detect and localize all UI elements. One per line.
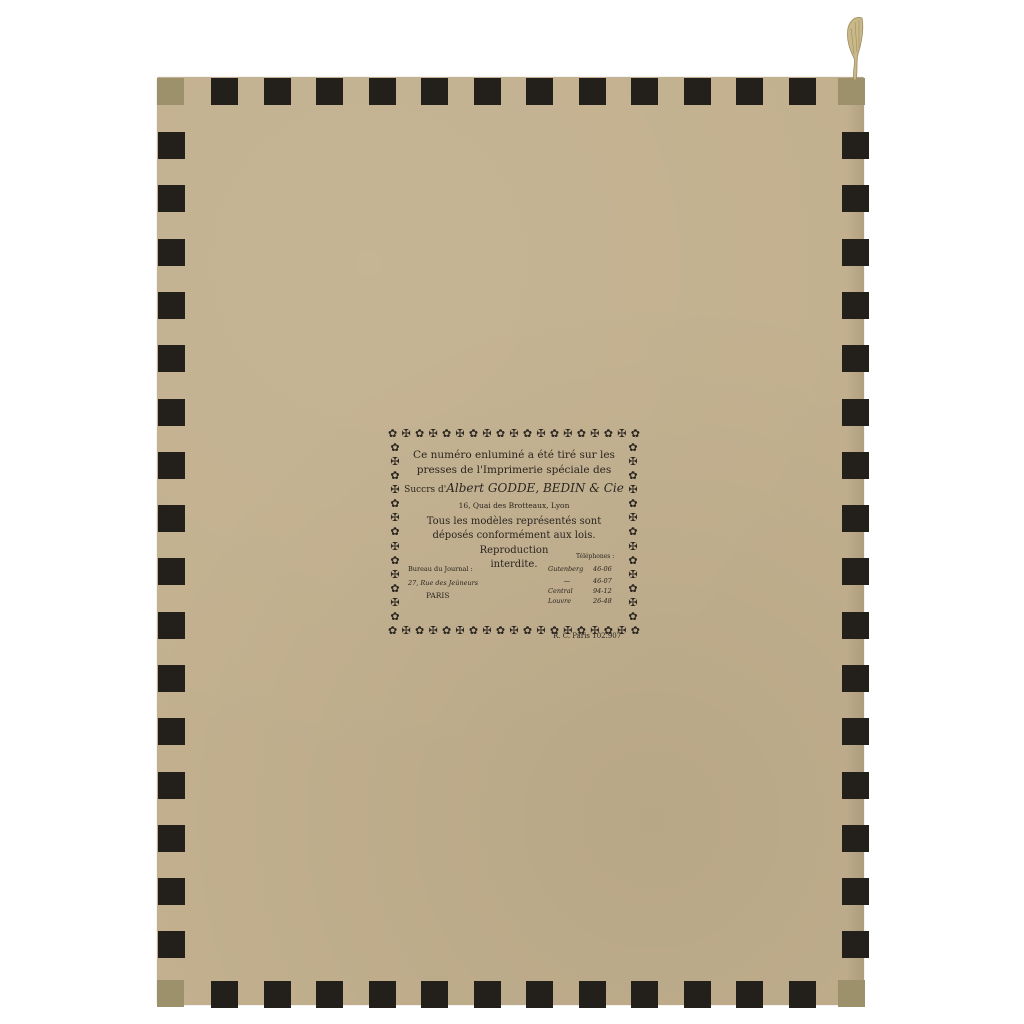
border-square xyxy=(842,452,869,479)
border-square xyxy=(736,981,763,1008)
ornament-icon: ✿ xyxy=(496,427,505,441)
phone-exchange: — xyxy=(548,577,586,585)
border-square xyxy=(838,980,865,1007)
ornament-icon: ✿ xyxy=(604,427,613,441)
ornament-icon: ✠ xyxy=(536,624,545,638)
border-square xyxy=(316,981,343,1008)
rights-line-2: déposés conformément aux lois. xyxy=(388,530,640,541)
ornament-icon: ✠ xyxy=(563,427,572,441)
registry-number: R. C. Paris 102.907 xyxy=(553,632,621,640)
border-square xyxy=(316,78,343,105)
phone-number: 94-12 xyxy=(593,587,612,595)
border-square xyxy=(158,878,185,905)
ornament-icon: ✠ xyxy=(401,427,410,441)
border-square xyxy=(158,718,185,745)
printer-prefix: Succrs d' xyxy=(404,485,446,495)
border-square xyxy=(842,612,869,639)
border-square xyxy=(158,399,185,426)
tassel-icon xyxy=(842,14,866,80)
border-square xyxy=(157,980,184,1007)
border-square xyxy=(158,185,185,212)
phones-label: Téléphones : xyxy=(576,553,614,560)
border-square xyxy=(842,239,869,266)
border-square xyxy=(157,78,184,105)
border-square xyxy=(842,399,869,426)
border-square xyxy=(211,981,238,1008)
phone-exchange: Gutenberg xyxy=(548,565,586,573)
border-square xyxy=(158,292,185,319)
border-square xyxy=(789,78,816,105)
border-square xyxy=(264,78,291,105)
ornament-icon: ✠ xyxy=(388,596,402,610)
ornament-icon: ✿ xyxy=(469,624,478,638)
border-square xyxy=(158,931,185,958)
ornament-border-top: ✿✠✿✠✿✠✿✠✿✠✿✠✿✠✿✠✿✠✿ xyxy=(388,427,640,441)
border-square xyxy=(421,78,448,105)
border-square xyxy=(842,132,869,159)
ornament-icon: ✿ xyxy=(523,427,532,441)
border-square xyxy=(631,981,658,1008)
border-square xyxy=(684,78,711,105)
border-square xyxy=(158,505,185,532)
colophon-line-2: presses de l'Imprimerie spéciale des xyxy=(388,464,640,476)
border-square xyxy=(842,931,869,958)
border-square xyxy=(736,78,763,105)
ornament-icon: ✠ xyxy=(536,427,545,441)
ornament-icon: ✿ xyxy=(388,610,402,624)
ornament-icon: ✠ xyxy=(428,624,437,638)
border-square xyxy=(158,345,185,372)
border-square xyxy=(158,132,185,159)
border-square xyxy=(684,981,711,1008)
border-square xyxy=(369,78,396,105)
ornament-icon: ✿ xyxy=(550,427,559,441)
phone-exchange: Louvre xyxy=(548,597,586,605)
border-square xyxy=(158,558,185,585)
border-square xyxy=(579,78,606,105)
ornament-icon: ✠ xyxy=(626,596,640,610)
ornament-icon: ✿ xyxy=(415,624,424,638)
ornament-icon: ✠ xyxy=(482,624,491,638)
border-square xyxy=(842,718,869,745)
phone-exchange: Central xyxy=(548,587,586,595)
printer-line: Succrs d'Albert GODDE, BEDIN & Cie xyxy=(388,481,640,495)
border-square xyxy=(158,452,185,479)
border-square xyxy=(474,981,501,1008)
office-city: PARIS xyxy=(426,591,450,600)
rights-line-1: Tous les modèles représentés sont xyxy=(388,516,640,527)
ornament-icon: ✠ xyxy=(509,427,518,441)
ornament-icon: ✿ xyxy=(577,427,586,441)
border-square xyxy=(474,78,501,105)
border-square xyxy=(158,772,185,799)
ornament-icon: ✠ xyxy=(617,427,626,441)
ornament-icon: ✠ xyxy=(428,427,437,441)
ornament-icon: ✿ xyxy=(442,427,451,441)
border-square xyxy=(369,981,396,1008)
border-square xyxy=(526,78,553,105)
ornament-icon: ✿ xyxy=(388,582,402,596)
ornament-icon: ✿ xyxy=(523,624,532,638)
ornament-icon: ✠ xyxy=(590,427,599,441)
spine-shadow xyxy=(846,77,864,1005)
colophon-box: ✿✠✿✠✿✠✿✠✿✠✿✠✿✠✿✠✿✠✿ ✿✠✿✠✿✠✿✠✿✠✿✠✿✠✿✠✿✠✿ … xyxy=(388,427,640,638)
ornament-icon: ✿ xyxy=(442,624,451,638)
phone-number: 46-07 xyxy=(593,577,612,585)
border-square xyxy=(158,239,185,266)
border-square xyxy=(842,878,869,905)
printer-address: 16, Quai des Brotteaux, Lyon xyxy=(388,501,640,510)
phone-number: 46-06 xyxy=(593,565,612,573)
colophon-line-1: Ce numéro enluminé a été tiré sur les xyxy=(388,449,640,461)
ornament-icon: ✠ xyxy=(401,624,410,638)
ornament-icon: ✿ xyxy=(496,624,505,638)
border-square xyxy=(842,292,869,319)
ornament-icon: ✿ xyxy=(469,427,478,441)
border-square xyxy=(789,981,816,1008)
ornament-icon: ✿ xyxy=(626,582,640,596)
border-square xyxy=(842,825,869,852)
border-square xyxy=(158,612,185,639)
phone-number: 26-48 xyxy=(593,597,612,605)
ornament-icon: ✠ xyxy=(482,427,491,441)
border-square xyxy=(842,185,869,212)
border-square xyxy=(842,665,869,692)
border-square xyxy=(264,981,291,1008)
ornament-icon: ✿ xyxy=(631,624,640,638)
office-label: Bureau du Journal : xyxy=(408,565,473,573)
office-address: 27, Rue des Jeûneurs xyxy=(408,579,478,587)
border-square xyxy=(631,78,658,105)
border-square xyxy=(211,78,238,105)
border-square xyxy=(158,665,185,692)
border-square xyxy=(526,981,553,1008)
ornament-icon: ✿ xyxy=(626,610,640,624)
ornament-icon: ✠ xyxy=(509,624,518,638)
ornament-icon: ✠ xyxy=(455,427,464,441)
border-square xyxy=(842,558,869,585)
border-square xyxy=(838,78,865,105)
ornament-icon: ✠ xyxy=(455,624,464,638)
border-square xyxy=(842,772,869,799)
border-square xyxy=(158,825,185,852)
ornament-icon: ✿ xyxy=(388,624,397,638)
border-square xyxy=(579,981,606,1008)
border-square xyxy=(842,505,869,532)
ornament-icon: ✿ xyxy=(631,427,640,441)
border-square xyxy=(842,345,869,372)
ornament-icon: ✿ xyxy=(388,427,397,441)
border-square xyxy=(421,981,448,1008)
ornament-icon: ✿ xyxy=(415,427,424,441)
printer-name: Albert GODDE, BEDIN & Cie xyxy=(446,481,624,495)
